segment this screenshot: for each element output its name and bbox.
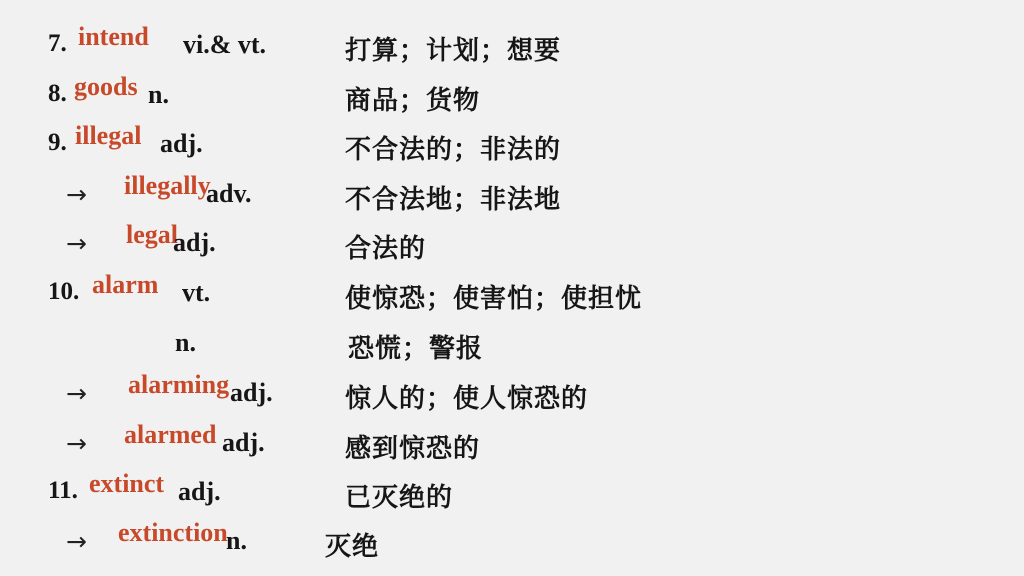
derivation-arrow-icon: → — [66, 527, 87, 556]
vocab-row-alarming: → alarming adj. 惊人的；使人惊恐的 — [0, 378, 1024, 420]
part-of-speech: adj. — [178, 477, 221, 507]
vocab-row-alarm: 10. alarm vt. 使惊恐；使害怕；使担忧 — [0, 278, 1024, 320]
part-of-speech: adj. — [222, 428, 265, 458]
part-of-speech: adj. — [173, 228, 216, 258]
vocab-row-goods: 8. goods n. 商品；货物 — [0, 80, 1024, 122]
vocab-row-extinct: 11. extinct adj. 已灭绝的 — [0, 477, 1024, 519]
vocab-row-intend: 7. intend vi.& vt. 打算；计划；想要 — [0, 30, 1024, 72]
english-word: illegally — [124, 171, 211, 201]
derivation-arrow-icon: → — [66, 229, 87, 258]
vocab-row-illegally: → illegally adv. 不合法地；非法地 — [0, 179, 1024, 221]
chinese-meaning: 灭绝 — [325, 526, 379, 563]
chinese-meaning: 感到惊恐的 — [345, 428, 480, 465]
english-word: alarm — [92, 270, 158, 300]
english-word: extinction — [118, 518, 228, 548]
chinese-meaning: 打算；计划；想要 — [345, 30, 561, 67]
entry-number: 8. — [48, 80, 67, 108]
chinese-meaning: 恐慌；警报 — [348, 328, 483, 365]
english-word: alarmed — [124, 420, 216, 450]
vocab-row-illegal: 9. illegal adj. 不合法的；非法的 — [0, 129, 1024, 171]
english-word: extinct — [89, 469, 164, 499]
part-of-speech: adj. — [230, 378, 273, 408]
chinese-meaning: 合法的 — [345, 228, 426, 265]
part-of-speech: vt. — [182, 278, 210, 308]
english-word: legal — [126, 220, 178, 250]
derivation-arrow-icon: → — [66, 379, 87, 408]
part-of-speech: n. — [148, 80, 169, 110]
vocab-row-extinction: → extinction n. 灭绝 — [0, 526, 1024, 568]
derivation-arrow-icon: → — [66, 429, 87, 458]
chinese-meaning: 商品；货物 — [345, 80, 480, 117]
chinese-meaning: 不合法的；非法的 — [345, 129, 561, 166]
part-of-speech: n. — [175, 328, 196, 358]
entry-number: 10. — [48, 278, 79, 306]
chinese-meaning: 不合法地；非法地 — [345, 179, 561, 216]
chinese-meaning: 已灭绝的 — [345, 477, 453, 514]
part-of-speech: vi.& vt. — [183, 30, 266, 60]
derivation-arrow-icon: → — [66, 180, 87, 209]
chinese-meaning: 惊人的；使人惊恐的 — [345, 378, 588, 415]
part-of-speech: n. — [226, 526, 247, 556]
english-word: goods — [74, 72, 138, 102]
part-of-speech: adv. — [206, 179, 252, 209]
english-word: intend — [78, 22, 149, 52]
english-word: alarming — [128, 370, 229, 400]
part-of-speech: adj. — [160, 129, 203, 159]
vocab-row-alarm-noun: n. 恐慌；警报 — [0, 328, 1024, 370]
english-word: illegal — [75, 121, 141, 151]
entry-number: 11. — [48, 477, 78, 505]
vocabulary-slide: 7. intend vi.& vt. 打算；计划；想要 8. goods n. … — [0, 0, 1024, 576]
vocab-row-legal: → legal adj. 合法的 — [0, 228, 1024, 270]
entry-number: 9. — [48, 129, 67, 157]
chinese-meaning: 使惊恐；使害怕；使担忧 — [345, 278, 642, 315]
entry-number: 7. — [48, 30, 67, 58]
vocab-row-alarmed: → alarmed adj. 感到惊恐的 — [0, 428, 1024, 470]
